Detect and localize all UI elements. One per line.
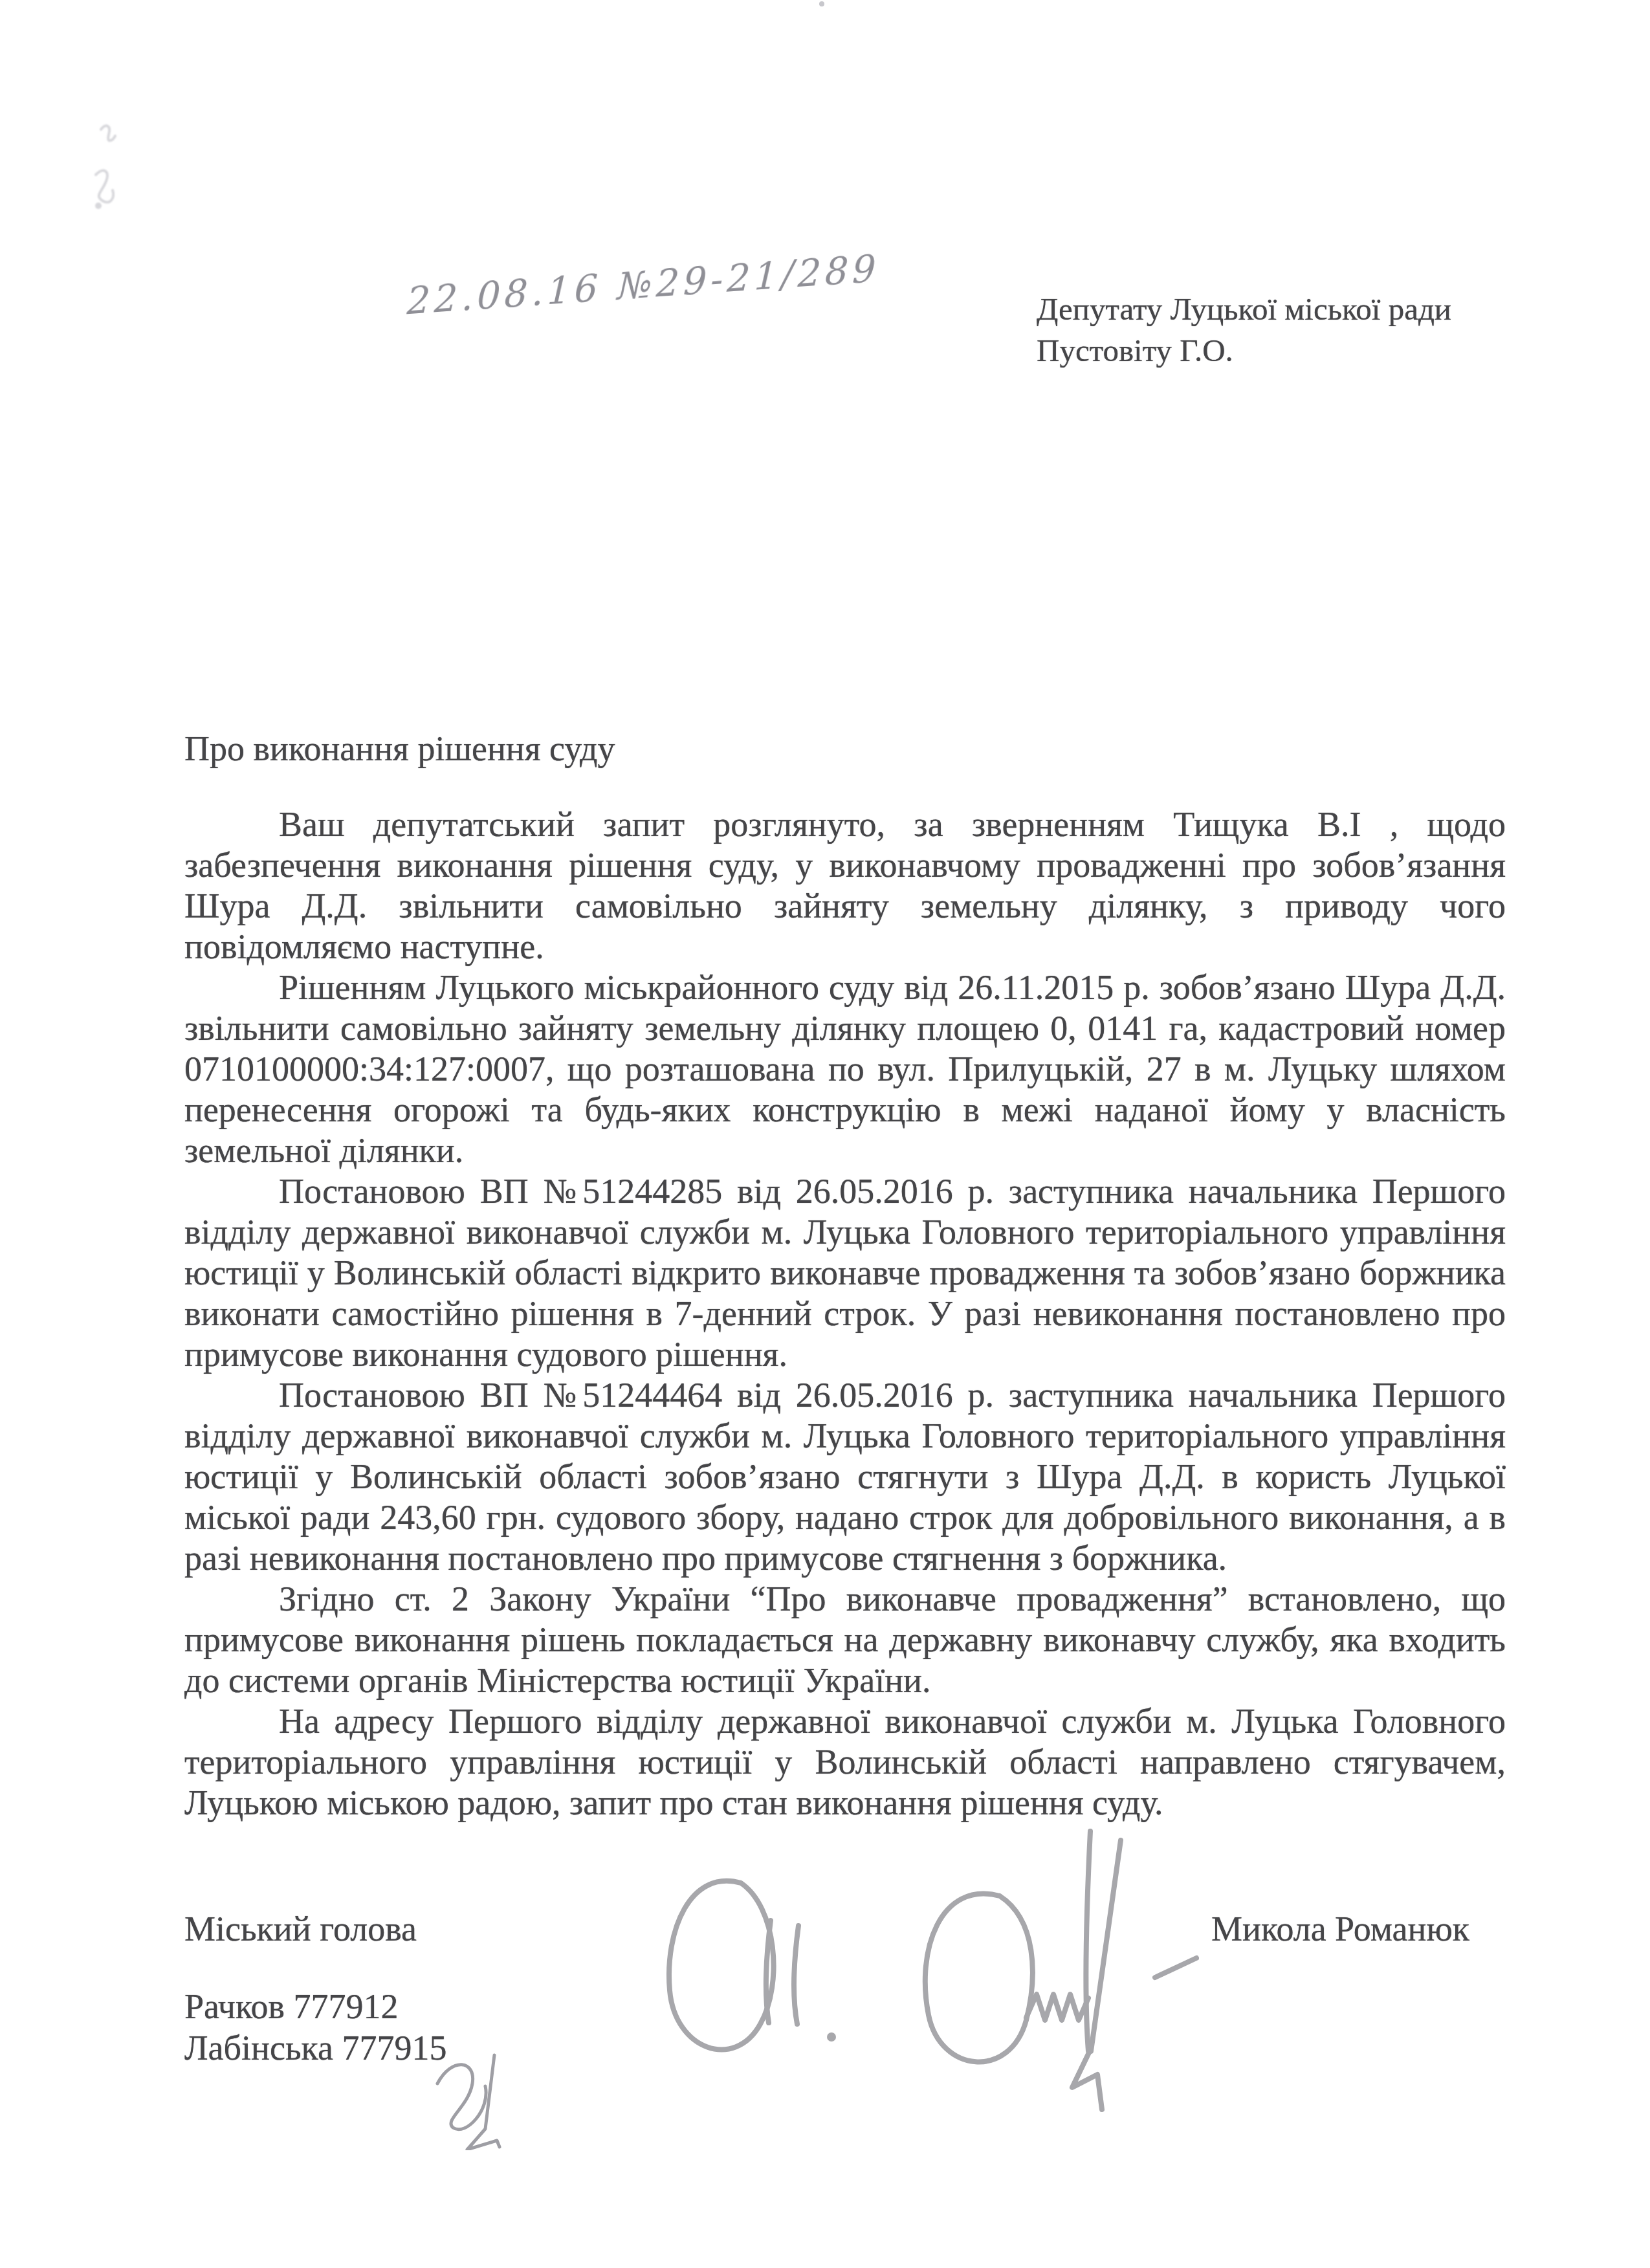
paragraph: На адресу Першого відділу державної вико… [184,1701,1506,1823]
handwritten-registration-note: 22.08.16 №29-21/289 [406,247,881,323]
recipient-line-1: Депутату Луцької міської ради [1037,289,1451,330]
handwritten-signature [637,1823,1207,2121]
letter-body: Ваш депутатський запит розглянуто, за зв… [184,804,1506,1823]
recipient-line-2: Пустовіту Г.О. [1037,330,1451,371]
signer-name: Микола Романюк [1211,1909,1469,1949]
paragraph: Постановою ВП №51244285 від 26.05.2016 р… [184,1171,1506,1375]
scanned-letter-page: 22.08.16 №29-21/289 Депутату Луцької міс… [0,0,1650,2268]
paragraph: Рішенням Луцького міськрайонного суду ві… [184,967,1506,1171]
subject-line: Про виконання рішення суду [184,729,615,769]
scan-artifact [76,115,167,245]
paragraph: Ваш депутатський запит розглянуто, за зв… [184,804,1506,967]
recipient-block: Депутату Луцької міської ради Пустовіту … [1037,289,1451,371]
scan-artifact [819,1,824,6]
signer-title: Міський голова [184,1909,417,1949]
contact-phone-1: Рачков 777912 [184,1987,399,2027]
contact-phone-2: Лабінська 777915 [184,2028,446,2068]
paragraph: Постановою ВП №51244464 від 26.05.2016 р… [184,1375,1506,1579]
paragraph: Згідно ст. 2 Закону України “Про виконав… [184,1579,1506,1701]
handwritten-initials-scribble [419,2037,533,2150]
